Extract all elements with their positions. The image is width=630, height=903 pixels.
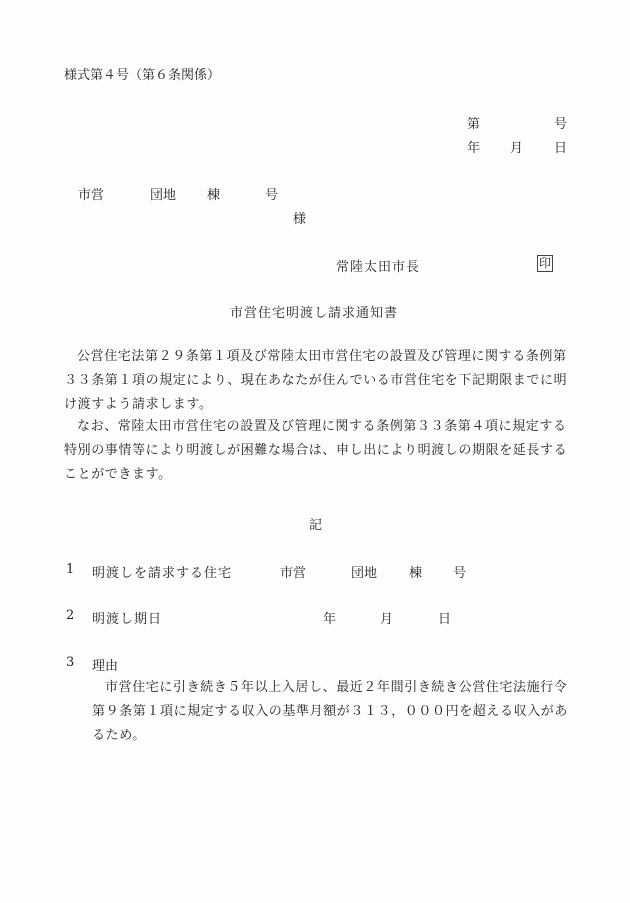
addressee-go: 号 [265, 184, 278, 203]
reason-text: 市営住宅に引き続き５年以上入居し、最近２年間引き続き公営住宅法施行令第９条第１項… [92, 676, 570, 748]
item-value-month: 月 [380, 608, 393, 627]
item-value-danchi: 団地 [351, 562, 377, 581]
item-number: 1 [66, 562, 74, 577]
date-month: 月 [510, 137, 523, 156]
item-label: 理由 [92, 655, 118, 674]
seal-mark: 印 [537, 255, 553, 272]
item-number: 3 [66, 655, 74, 670]
addressee-sama: 様 [293, 208, 306, 227]
item-value-go: 号 [453, 562, 466, 581]
doc-number-go: 号 [554, 113, 567, 132]
addressee-tou: 棟 [207, 184, 220, 203]
item-value-tou: 棟 [409, 562, 422, 581]
item-number: 2 [66, 608, 74, 623]
item-label: 明渡しを請求する住宅 [92, 562, 232, 581]
date-day: 日 [554, 137, 567, 156]
addressee-danchi: 団地 [150, 184, 176, 203]
document-title: 市営住宅明渡し請求通知書 [230, 302, 398, 321]
body-paragraph-1: 公営住宅法第２９条第１項及び常陸太田市営住宅の設置及び管理に関する条例第３３条第… [64, 345, 569, 417]
date-year: 年 [467, 137, 480, 156]
item-value-year: 年 [323, 608, 336, 627]
form-label: 様式第４号（第６条関係） [64, 64, 220, 83]
item-value-day: 日 [438, 608, 451, 627]
item-label: 明渡し期日 [92, 608, 162, 627]
item-value-shiei: 市営 [280, 562, 306, 581]
sender-name: 常陸太田市長 [336, 256, 420, 275]
ki-label: 記 [309, 514, 322, 533]
addressee-shiei: 市営 [78, 184, 104, 203]
body-paragraph-2: なお、常陸太田市営住宅の設置及び管理に関する条例第３３条第４項に規定する特別の事… [64, 415, 569, 487]
doc-number-dai: 第 [467, 113, 480, 132]
